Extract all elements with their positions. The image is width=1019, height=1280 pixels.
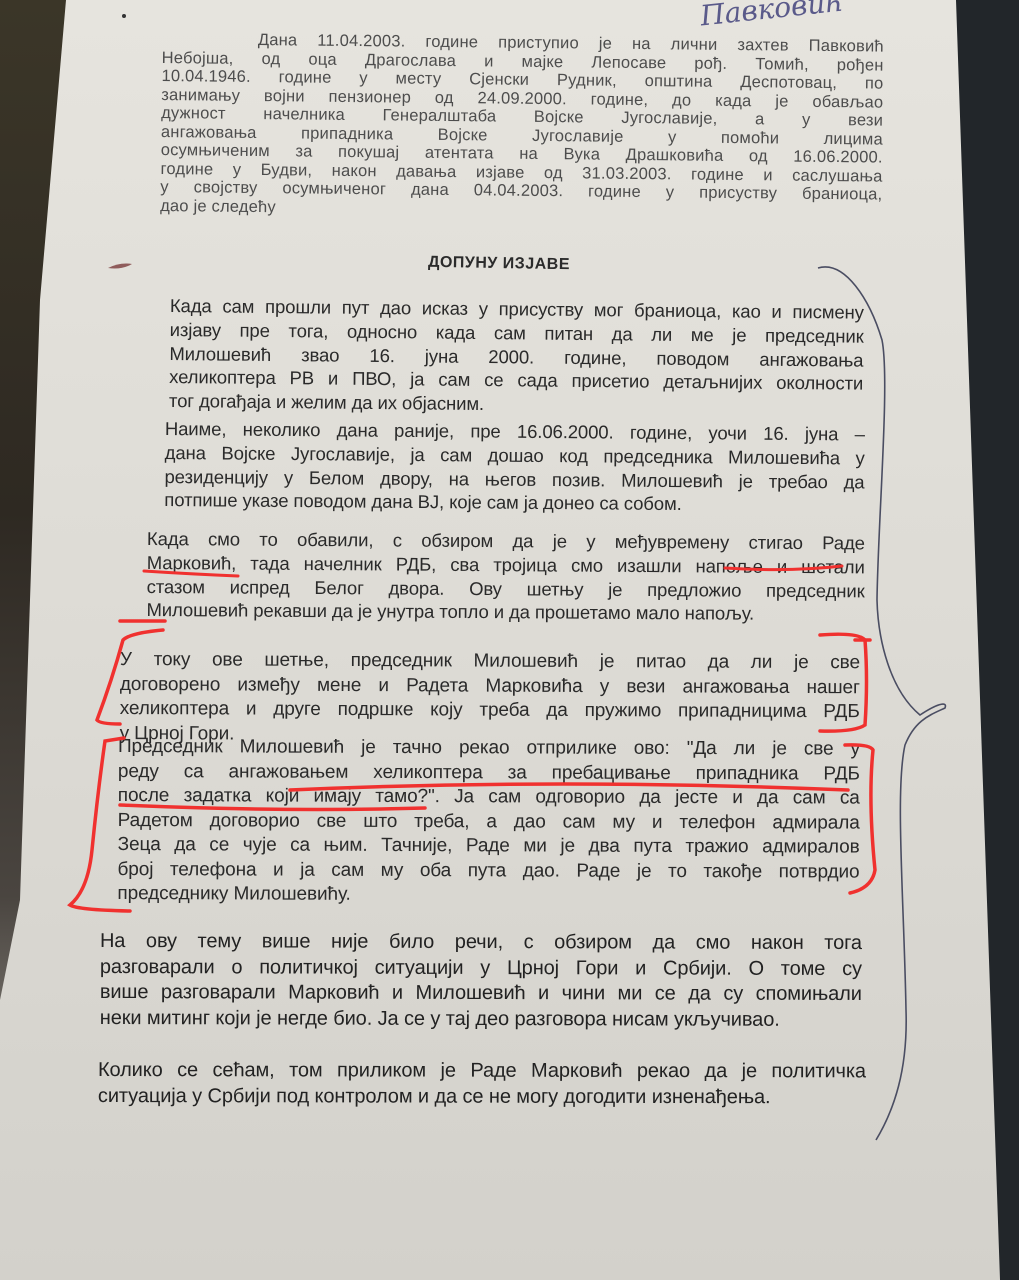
text-line: На ову тему више није било речи, с обзир… bbox=[100, 929, 862, 956]
text-line: потпише указе поводом дана ВЈ, које сам … bbox=[164, 488, 864, 517]
text-line: договорено између мене и Радета Марковић… bbox=[120, 672, 860, 700]
text-line: Председник Милошевић је тачно рекао отпр… bbox=[118, 735, 860, 762]
text-line: Колико се сећам, том приликом је Раде Ма… bbox=[98, 1058, 866, 1085]
paragraph-3: Када смо то обавили, с обзиром да је у м… bbox=[146, 527, 865, 627]
document-title: ДОПУНУ ИЗЈАВЕ bbox=[428, 254, 570, 274]
text-line: неки митинг који је негде био. Ја се у т… bbox=[100, 1005, 862, 1032]
text-line: хеликоптера и друге подршке коју треба д… bbox=[120, 697, 860, 725]
ink-smudge-mark bbox=[108, 264, 132, 269]
text-line: Радетом договорио све што треба, а дао с… bbox=[118, 808, 860, 835]
handwritten-signature: Павковић bbox=[699, 0, 845, 32]
text-line: Милошевић рекавши да је унутра топло и д… bbox=[146, 598, 864, 626]
statement-header: Дана 11.04.2003. године приступио је на … bbox=[160, 30, 884, 223]
paragraph-6: На ову тему више није било речи, с обзир… bbox=[100, 929, 862, 1033]
text-line: председнику Милошевићу. bbox=[117, 882, 859, 909]
paragraph-4-bracketed: У току ове шетње, председник Милошевић ј… bbox=[120, 648, 860, 749]
ink-dot-mark bbox=[122, 14, 126, 18]
text-line: више разговарали Марковић и Милошевић и … bbox=[100, 980, 862, 1007]
text-line: реду са ангажовањем хеликоптера за преба… bbox=[118, 759, 860, 786]
text-line: после задатка који имају тамо?". Ја сам … bbox=[118, 784, 860, 811]
paragraph-7: Колико се сећам, том приликом је Раде Ма… bbox=[98, 1058, 866, 1110]
text-line: ситуација у Србији под контролом и да се… bbox=[98, 1084, 866, 1111]
text-line: У току ове шетње, председник Милошевић ј… bbox=[120, 648, 860, 676]
text-line: разговарали о политичкој ситуацији у Црн… bbox=[100, 954, 862, 981]
text-line: Зеца да се чује са њим. Тачније, Раде ми… bbox=[118, 833, 860, 860]
document-page: Павковић Дана 11.04.2003. године приступ… bbox=[0, 0, 1019, 1280]
text-line: број телефона и ја сам му оба пута дао. … bbox=[117, 857, 859, 884]
paragraph-5-bracketed: Председник Милошевић је тачно рекао отпр… bbox=[117, 735, 860, 909]
paragraph-2: Наиме, неколико дана раније, пре 16.06.2… bbox=[164, 417, 865, 518]
paragraph-1: Када сам прошли пут дао исказ у присуств… bbox=[169, 294, 864, 420]
